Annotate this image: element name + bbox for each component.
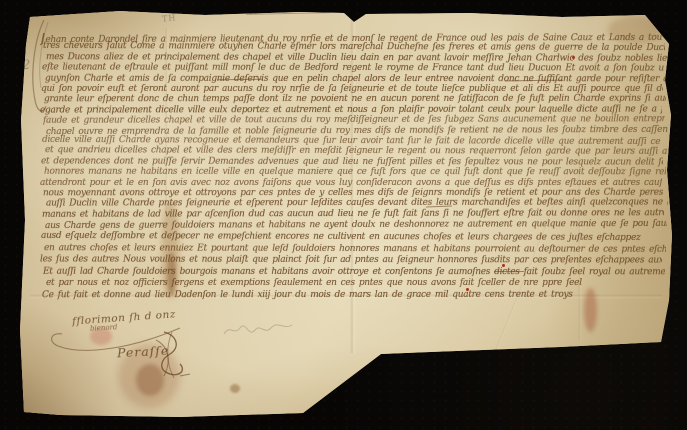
signature-secondary: Peraſſe bbox=[117, 343, 170, 361]
manuscript-line: Ce fut fait et donne aud lieu Dadenſon l… bbox=[42, 290, 664, 301]
manuscript-line: et que andrieu dicelles chapel et ville … bbox=[45, 146, 667, 158]
manuscript-line: et dependences dont ne puiſſe ſervir Dem… bbox=[41, 156, 663, 167]
manuscript-line: manans et habitans de lad ville par aſce… bbox=[42, 208, 664, 220]
photograph-of-charter: 4e mars 1433 TH 2 Jehan conte Darondel ſ… bbox=[0, 0, 687, 430]
manuscript-line: attendront pour et le en ſon avis avec n… bbox=[40, 178, 662, 188]
manuscript-line: guynſon Charle et amis de ſa compaignie … bbox=[45, 73, 667, 84]
manuscript-line: Et auſſi lad Charde ſouldoiers bourgois … bbox=[43, 267, 665, 278]
parchment-document: 4e mars 1433 TH 2 Jehan conte Darondel ſ… bbox=[0, 0, 687, 430]
manuscript-line: qui ſon povoir euſt et ſeront auront par… bbox=[41, 84, 663, 94]
manuscript-line: eſte lieutenant de eſtraule et puiſſant … bbox=[42, 63, 664, 74]
manuscript-line: honnores manans ne habitans en icelle vi… bbox=[44, 167, 666, 178]
signature-primary-subline: bienord bbox=[90, 323, 118, 332]
manuscript-line: en autres choſes et leurs ennuiez Et pou… bbox=[44, 243, 666, 255]
manuscript-line: aus Charde gens de guerre ſouldoiers man… bbox=[45, 219, 667, 231]
manuscript-line: auſſi Duclin ville Charde pntes ſeigneur… bbox=[46, 198, 668, 209]
manuscript-line: et par nous et noz officiers ſergens et … bbox=[46, 278, 668, 288]
manuscript-text-block: Jehan conte Darondel ſire a mainmiere li… bbox=[0, 0, 687, 430]
manuscript-line: grante leur eſperent donc de chun temps … bbox=[44, 94, 666, 105]
manuscript-line: ausd eſquelz deſſombre et deſpecer ne em… bbox=[41, 231, 663, 243]
manuscript-line: les ſus des autres Nous voullons et nous… bbox=[40, 255, 662, 266]
